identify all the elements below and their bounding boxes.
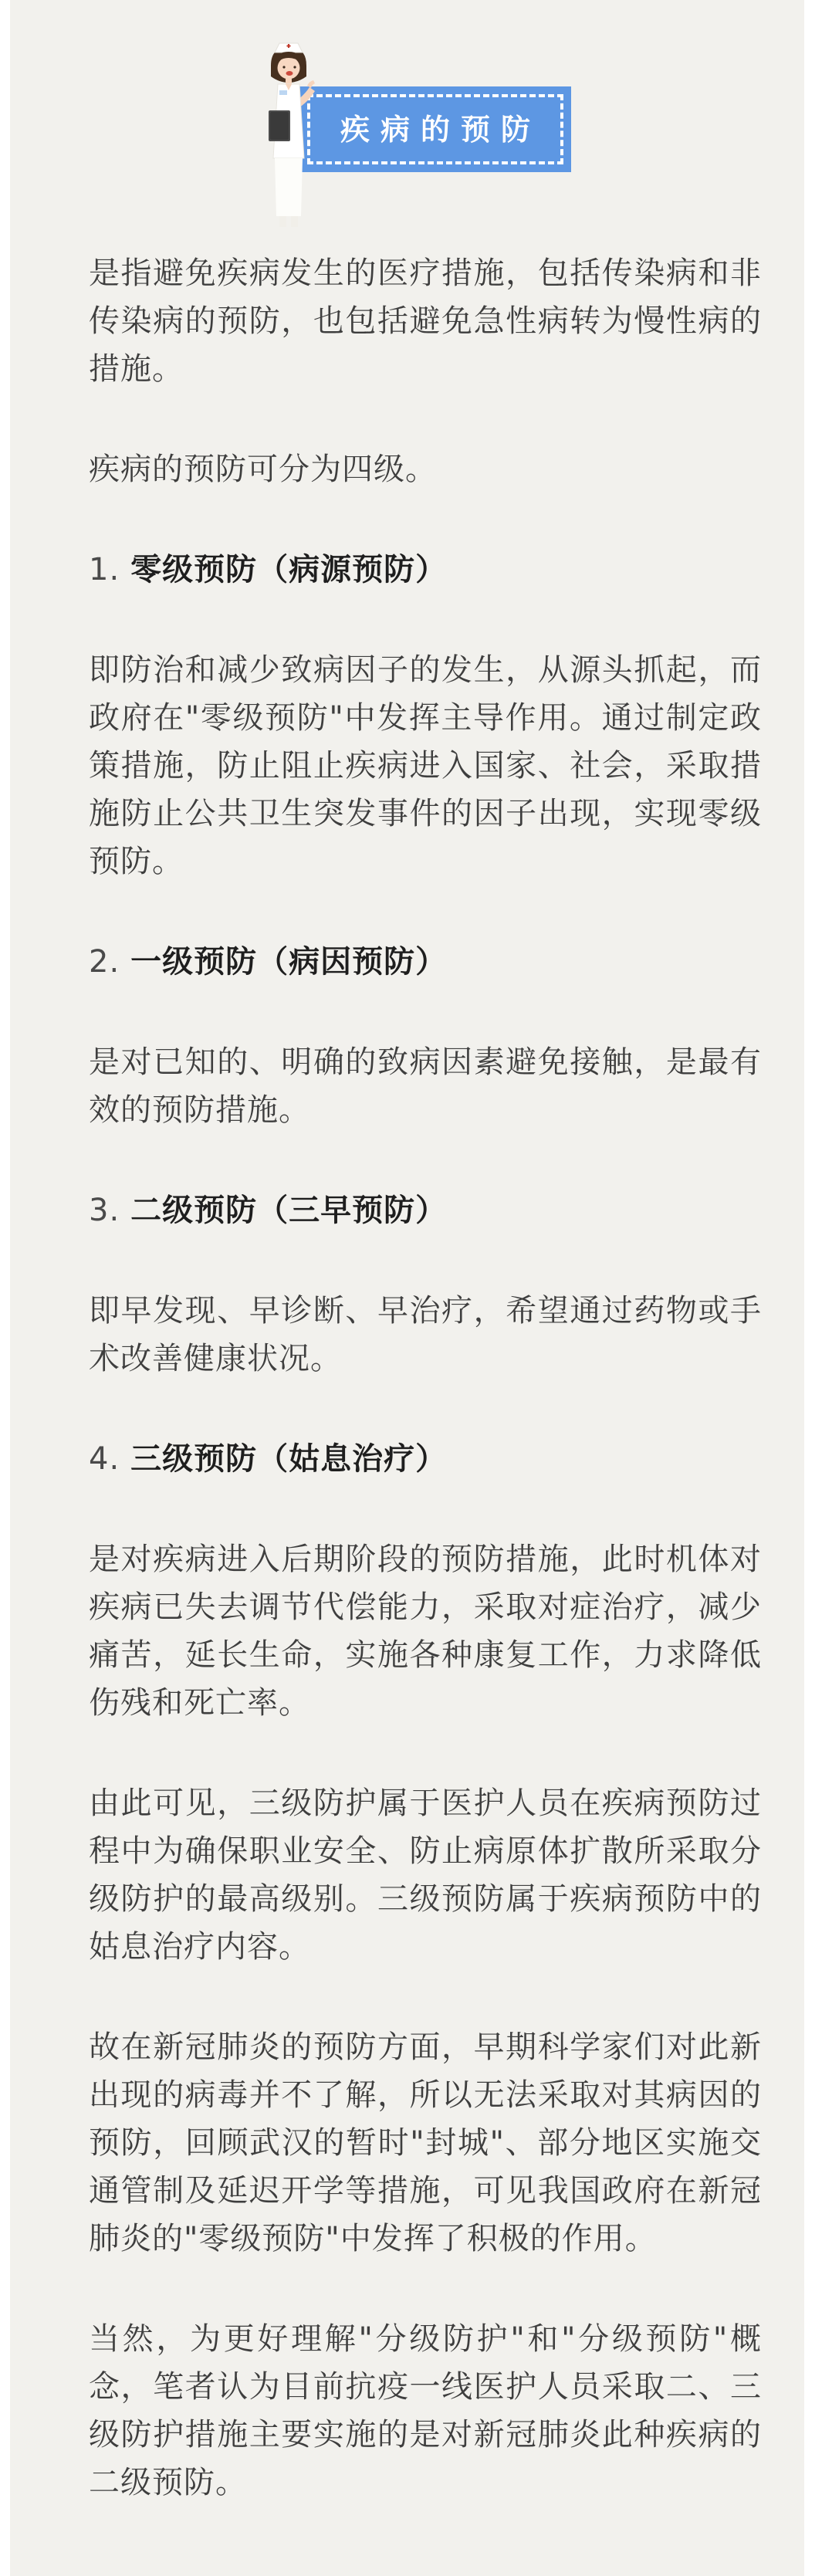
title-badge-dashed-border: 疾病的预防	[307, 94, 563, 164]
conclusion-paragraph-1: 由此可见，三级防护属于医护人员在疾病预防过程中为确保职业安全、防止病原体扩散所采…	[89, 1779, 762, 1971]
section-4-number: 4.	[89, 1441, 120, 1477]
section-4-heading: 4.三级预防（姑息治疗）	[89, 1435, 762, 1483]
section-4-body: 是对疾病进入后期阶段的预防措施，此时机体对疾病已失去调节代偿能力，采取对症治疗，…	[89, 1535, 762, 1727]
title-badge: 疾病的预防	[299, 86, 571, 172]
conclusion-paragraph-2: 故在新冠肺炎的预防方面，早期科学家们对此新出现的病毒并不了解，所以无法采取对其病…	[89, 2023, 762, 2263]
section-4-title: 三级预防（姑息治疗）	[130, 1441, 447, 1477]
content-panel: 疾病的预防 是指避免疾病发	[10, 0, 804, 2576]
intro-paragraph-1: 是指避免疾病发生的医疗措施，包括传染病和非传染病的预防，也包括避免急性病转为慢性…	[89, 249, 762, 393]
conclusion-paragraph-3: 当然，为更好理解"分级防护"和"分级预防"概念，笔者认为目前抗疫一线医护人员采取…	[89, 2315, 762, 2507]
article-screenshot: { "page": { "background": "#ffffff", "pa…	[0, 0, 832, 2576]
page-title: 疾病的预防	[330, 115, 541, 144]
nurse-illustration-icon	[261, 42, 316, 232]
section-2-body: 是对已知的、明确的致病因素避免接触，是最有效的预防措施。	[89, 1038, 762, 1134]
section-3-body: 即早发现、早诊断、早治疗，希望通过药物或手术改善健康状况。	[89, 1287, 762, 1383]
section-1-heading: 1.零级预防（病源预防）	[89, 546, 762, 594]
section-1-title: 零级预防（病源预防）	[130, 552, 447, 587]
section-2-title: 一级预防（病因预防）	[130, 944, 447, 980]
section-2-heading: 2.一级预防（病因预防）	[89, 938, 762, 986]
section-1-body: 即防治和减少致病因子的发生，从源头抓起，而政府在"零级预防"中发挥主导作用。通过…	[89, 646, 762, 885]
intro-paragraph-2: 疾病的预防可分为四级。	[89, 445, 762, 493]
section-3-heading: 3.二级预防（三早预防）	[89, 1186, 762, 1234]
section-3-title: 二级预防（三早预防）	[130, 1193, 447, 1228]
section-1-number: 1.	[89, 552, 120, 587]
article-body: 是指避免疾病发生的医疗措施，包括传染病和非传染病的预防，也包括避免急性病转为慢性…	[89, 249, 762, 2559]
section-2-number: 2.	[89, 944, 120, 980]
section-3-number: 3.	[89, 1193, 120, 1228]
